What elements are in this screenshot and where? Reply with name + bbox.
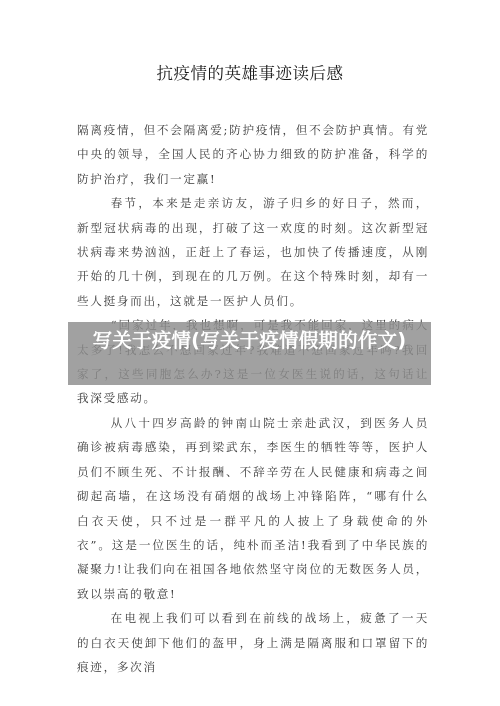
paragraph-4: 从八十四岁高龄的钟南山院士亲赴武汉，到医务人员确诊被病毒感染，再到梁武东，李医生…	[77, 411, 429, 606]
paragraph-1: 隔离疫情，但不会隔离爱;防护疫情，但不会防护真情。有党中央的领导，全国人民的齐心…	[77, 118, 429, 191]
document-body: 隔离疫情，但不会隔离爱;防护疫情，但不会防护真情。有党中央的领导，全国人民的齐心…	[77, 118, 429, 679]
paragraph-5: 在电视上我们可以看到在前线的战场上，疲惫了一天的白衣天使卸下他们的盔甲，身上满是…	[77, 606, 429, 679]
document-title: 抗疫情的英雄事迹读后感	[0, 60, 500, 84]
banner-title: 写关于疫情(写关于疫情假期的作文)	[68, 328, 431, 353]
document-page: 抗疫情的英雄事迹读后感 隔离疫情，但不会隔离爱;防护疫情，但不会防护真情。有党中…	[0, 0, 500, 706]
title-overlay-banner: 写关于疫情(写关于疫情假期的作文)	[68, 322, 431, 385]
paragraph-2: 春节，本来是走亲访友，游子归乡的好日子，然而，新型冠状病毒的出现，打破了这一欢度…	[77, 191, 429, 313]
